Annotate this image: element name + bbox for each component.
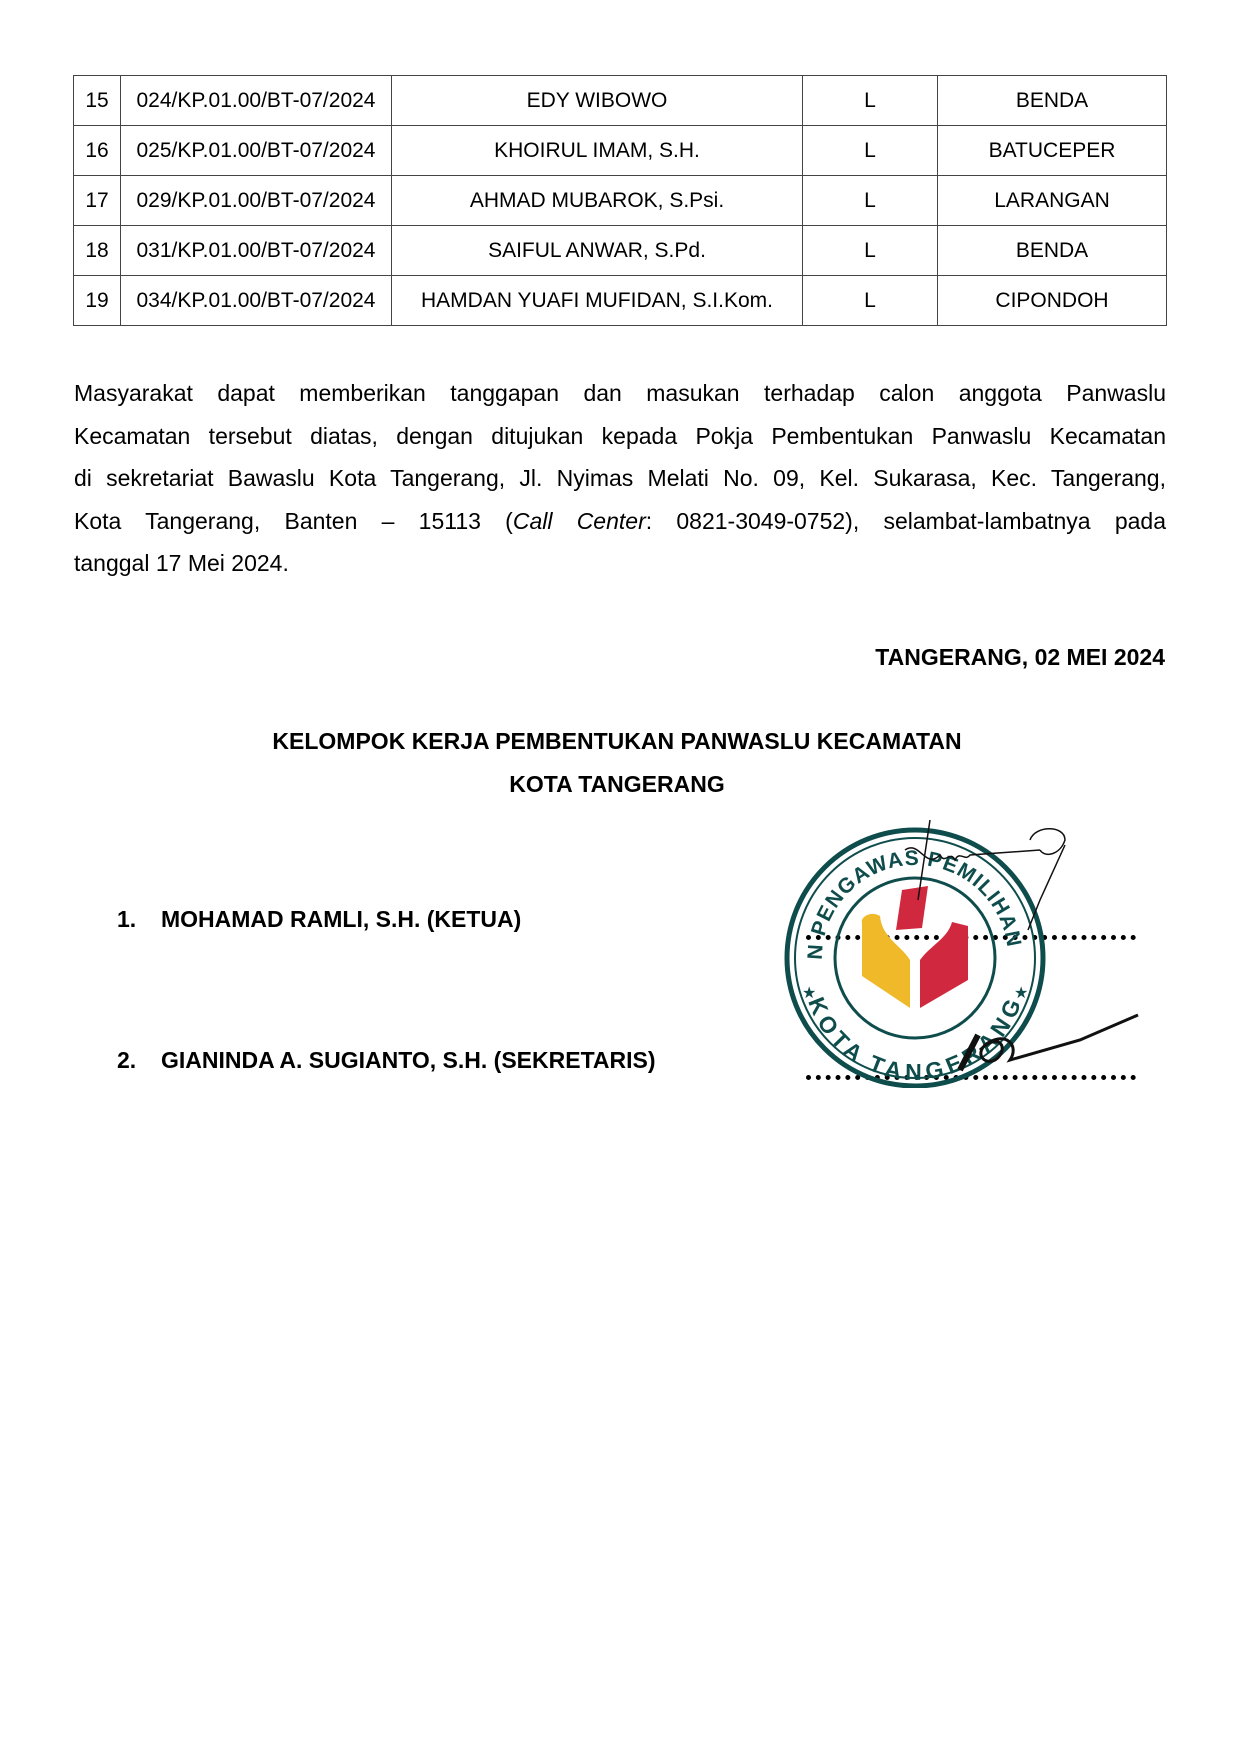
org-subtitle: KOTA TANGERANG (0, 771, 1234, 798)
cell-name: EDY WIBOWO (392, 76, 803, 126)
paragraph-line: di sekretariat Bawaslu Kota Tangerang, J… (74, 457, 1166, 500)
cell-no: 17 (74, 176, 121, 226)
table-row: 17029/KP.01.00/BT-07/2024AHMAD MUBAROK, … (74, 176, 1167, 226)
call-center-label: Call Center (513, 508, 646, 534)
text: : 0821-3049-0752), selambat-lambatnya pa… (646, 508, 1166, 534)
table-row: 15024/KP.01.00/BT-07/2024EDY WIBOWOLBEND… (74, 76, 1167, 126)
table-row: 18031/KP.01.00/BT-07/2024SAIFUL ANWAR, S… (74, 226, 1167, 276)
cell-number: 025/KP.01.00/BT-07/2024 (121, 126, 392, 176)
member-number: 2. (117, 1047, 161, 1074)
candidate-table: 15024/KP.01.00/BT-07/2024EDY WIBOWOLBEND… (73, 75, 1167, 326)
paragraph-line: Kecamatan tersebut diatas, dengan dituju… (74, 415, 1166, 458)
member-name: MOHAMAD RAMLI, S.H. (KETUA) (161, 906, 521, 932)
paragraph-line: Kota Tangerang, Banten – 15113 (Call Cen… (74, 500, 1166, 543)
svg-text:★: ★ (802, 985, 816, 1002)
cell-name: SAIFUL ANWAR, S.Pd. (392, 226, 803, 276)
cell-gender: L (803, 276, 938, 326)
cell-no: 18 (74, 226, 121, 276)
member-item: 2.GIANINDA A. SUGIANTO, S.H. (SEKRETARIS… (117, 1047, 656, 1074)
org-title: KELOMPOK KERJA PEMBENTUKAN PANWASLU KECA… (0, 728, 1234, 755)
cell-district: CIPONDOH (938, 276, 1167, 326)
cell-number: 031/KP.01.00/BT-07/2024 (121, 226, 392, 276)
cell-gender: L (803, 126, 938, 176)
cell-no: 15 (74, 76, 121, 126)
cell-name: HAMDAN YUAFI MUFIDAN, S.I.Kom. (392, 276, 803, 326)
signature-icon (860, 820, 1160, 1090)
cell-district: LARANGAN (938, 176, 1167, 226)
cell-district: BENDA (938, 226, 1167, 276)
cell-name: AHMAD MUBAROK, S.Psi. (392, 176, 803, 226)
table-row: 16025/KP.01.00/BT-07/2024KHOIRUL IMAM, S… (74, 126, 1167, 176)
table-row: 19034/KP.01.00/BT-07/2024HAMDAN YUAFI MU… (74, 276, 1167, 326)
member-name: GIANINDA A. SUGIANTO, S.H. (SEKRETARIS) (161, 1047, 656, 1073)
cell-gender: L (803, 176, 938, 226)
cell-district: BENDA (938, 76, 1167, 126)
cell-gender: L (803, 76, 938, 126)
cell-name: KHOIRUL IMAM, S.H. (392, 126, 803, 176)
cell-number: 024/KP.01.00/BT-07/2024 (121, 76, 392, 126)
cell-number: 029/KP.01.00/BT-07/2024 (121, 176, 392, 226)
cell-no: 16 (74, 126, 121, 176)
place-date: TANGERANG, 02 MEI 2024 (875, 644, 1165, 671)
member-item: 1.MOHAMAD RAMLI, S.H. (KETUA) (117, 906, 521, 933)
paragraph-line: Masyarakat dapat memberikan tanggapan da… (74, 372, 1166, 415)
paragraph-line: tanggal 17 Mei 2024. (74, 542, 1166, 585)
cell-no: 19 (74, 276, 121, 326)
member-number: 1. (117, 906, 161, 933)
cell-district: BATUCEPER (938, 126, 1167, 176)
announcement-paragraph: Masyarakat dapat memberikan tanggapan da… (74, 372, 1166, 585)
text: Kota Tangerang, Banten – 15113 ( (74, 508, 513, 534)
cell-number: 034/KP.01.00/BT-07/2024 (121, 276, 392, 326)
cell-gender: L (803, 226, 938, 276)
